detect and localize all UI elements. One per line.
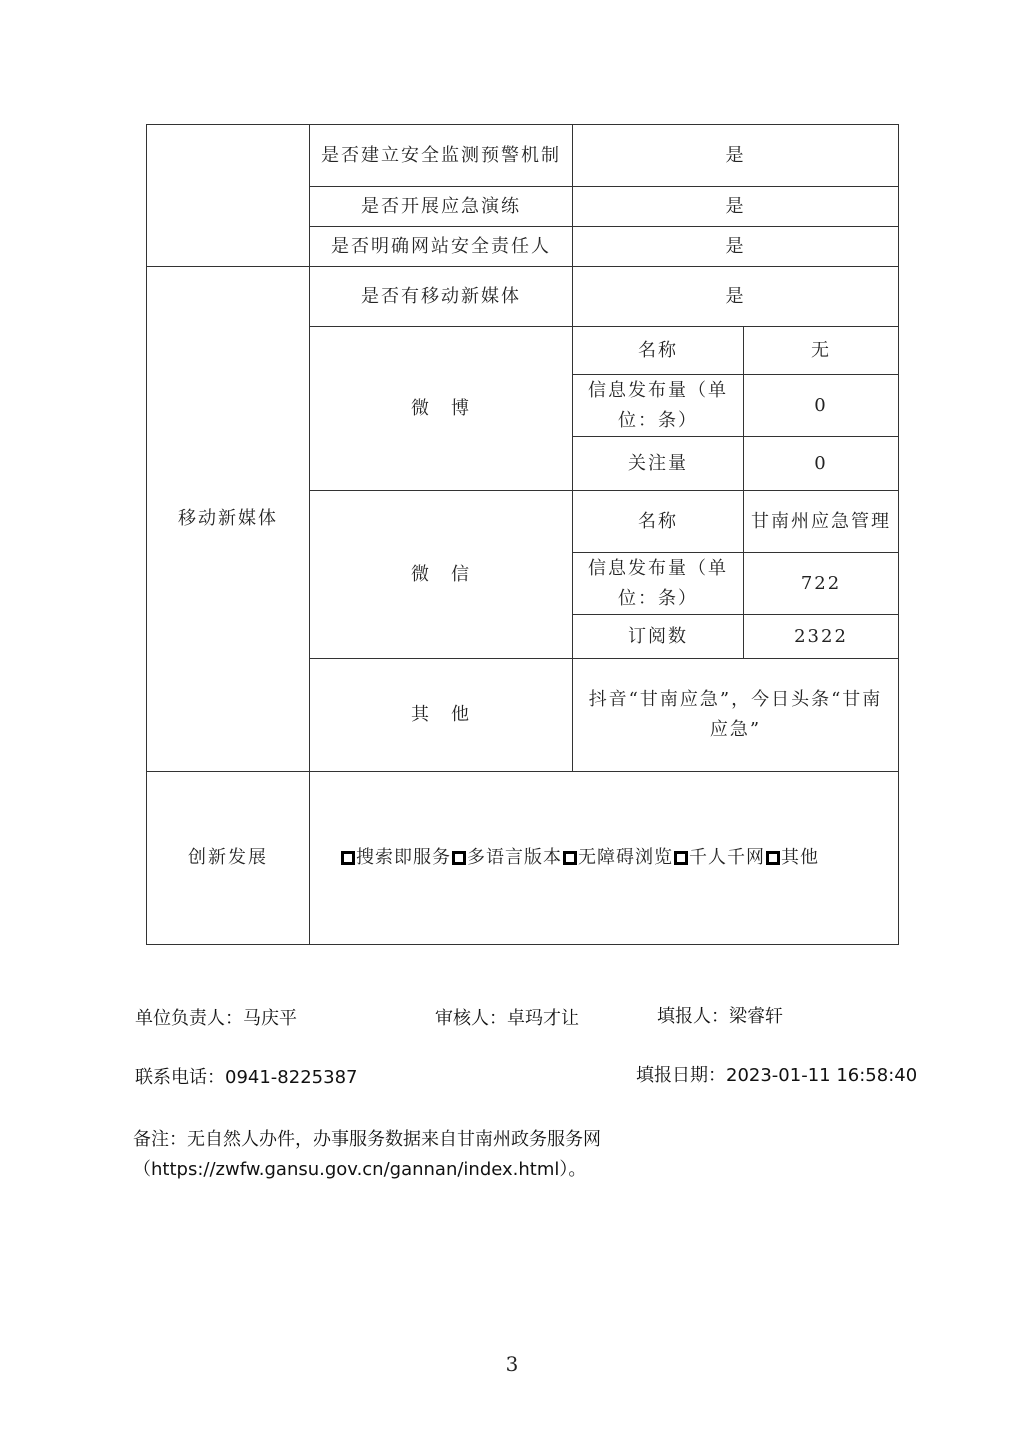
option-personalized[interactable]: 千人千网 [673,847,765,868]
sub-label: 信息发布量（单位：条） [573,375,744,437]
row-value: 是 [573,125,899,187]
row-label: 是否有移动新媒体 [310,267,573,327]
sub-value: 2322 [744,615,899,659]
innovation-options: 搜索即服务多语言版本无障碍浏览千人千网其他 [310,772,899,945]
row-value: 是 [573,227,899,267]
page-number: 3 [0,1352,1024,1376]
row-value: 是 [573,187,899,227]
checkbox-icon[interactable] [452,851,466,865]
row-value: 是 [573,267,899,327]
innovation-label: 创新发展 [147,772,310,945]
checkbox-icon[interactable] [341,851,355,865]
sub-value: 722 [744,553,899,615]
checkbox-icon[interactable] [563,851,577,865]
sub-value: 甘南州应急管理 [744,491,899,553]
checkbox-icon[interactable] [674,851,688,865]
other-label: 其 他 [310,659,573,772]
contact-phone: 联系电话：0941-8225387 [135,1063,357,1089]
wechat-label: 微 信 [310,491,573,659]
option-search-as-service[interactable]: 搜索即服务 [340,847,451,868]
sub-value: 无 [744,327,899,375]
row-label: 是否开展应急演练 [310,187,573,227]
fill-date: 填报日期：2023-01-11 16:58:40 [636,1061,917,1087]
sub-value: 0 [744,375,899,437]
filler: 填报人：梁睿轩 [657,1002,783,1028]
sub-label: 订阅数 [573,615,744,659]
row-label: 是否建立安全监测预警机制 [310,125,573,187]
unit-head: 单位负责人：马庆平 [135,1004,297,1030]
sub-label: 关注量 [573,437,744,491]
sub-label: 信息发布量（单位：条） [573,553,744,615]
sub-label: 名称 [573,327,744,375]
section-cell-empty [147,125,310,267]
weibo-label: 微 博 [310,327,573,491]
row-label: 是否明确网站安全责任人 [310,227,573,267]
section-label-mobile-media: 移动新媒体 [147,267,310,772]
option-other[interactable]: 其他 [765,847,819,868]
option-multilingual[interactable]: 多语言版本 [451,847,562,868]
other-value: 抖音“甘南应急”，今日头条“甘南应急” [573,659,899,772]
report-table: 是否建立安全监测预警机制 是 是否开展应急演练 是 是否明确网站安全责任人 是 … [146,124,899,945]
reviewer: 审核人：卓玛才让 [435,1004,579,1030]
sub-label: 名称 [573,491,744,553]
remark-note: 备注：无自然人办件，办事服务数据来自甘南州政务服务网（https://zwfw.… [133,1125,833,1185]
sub-value: 0 [744,437,899,491]
checkbox-icon[interactable] [766,851,780,865]
option-accessibility[interactable]: 无障碍浏览 [562,847,673,868]
